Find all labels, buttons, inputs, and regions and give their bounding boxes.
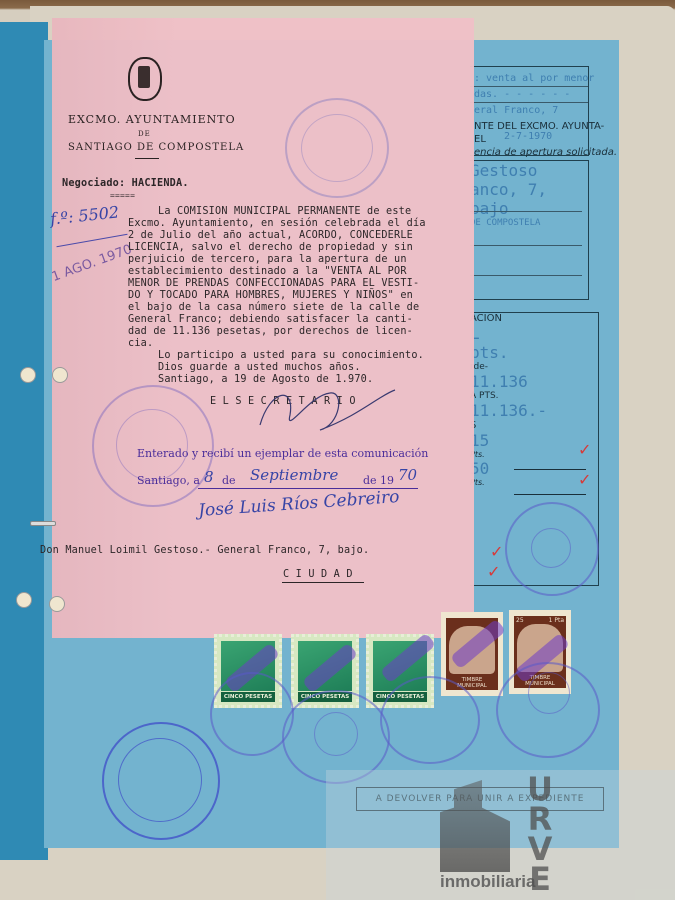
body-line: Excmo. Ayuntamiento, en sesión celebrada… — [128, 218, 426, 230]
closing-line: Lo participo a usted para su conocimient… — [158, 350, 424, 362]
activity-field: : venta al por menor — [474, 73, 594, 84]
session-date: 2-7-1970 — [504, 131, 552, 142]
red-checkmark: ✓ — [490, 542, 503, 561]
closing-line: Dios guarde a usted muchos años. — [158, 362, 361, 374]
secretaria-seal-faint — [285, 98, 389, 198]
form-box-activity: : venta al por menor das. - - - - - - er… — [470, 66, 589, 156]
body-line: dad de 11.136 pesetas, por derechos de l… — [128, 326, 413, 338]
red-checkmark: ✓ — [487, 562, 500, 581]
address-field: eral Franco, 7 — [474, 105, 558, 116]
form-label-date: EL — [474, 134, 486, 145]
negociado-rule: ===== — [110, 190, 135, 202]
receipt-year: 70 — [398, 466, 417, 484]
body-line: perjuicio de tercero, para la apertura d… — [128, 254, 407, 266]
applicant-address: anco, 7, bajo — [470, 180, 588, 218]
watermark-brand: inmobiliaria — [440, 872, 535, 892]
liq-row-pts: pts. — [470, 343, 598, 362]
red-checkmark: ✓ — [578, 470, 591, 489]
receipt-stamp-line1: Enterado y recibí un ejemplar de esta co… — [137, 447, 428, 460]
body-line: el bajo de la casa número siete de la ca… — [128, 302, 419, 314]
binder-hole — [16, 592, 32, 608]
liq-row-l: L — [470, 324, 598, 343]
archive-seal — [102, 722, 220, 840]
secretaria-seal — [92, 385, 214, 507]
coat-of-arms-icon — [128, 57, 162, 101]
body-line: establecimiento destinado a la "VENTA AL… — [128, 266, 407, 278]
addressee: Don Manuel Loimil Gestoso.- General Fran… — [40, 545, 369, 557]
intervencion-seal — [380, 676, 480, 764]
body-line: cia. — [128, 338, 153, 350]
cancel-seal — [210, 672, 294, 756]
applicant-surname: Gestoso — [470, 161, 588, 180]
body-line: MENOR DE PRENDAS CONFECCIONADAS PARA EL … — [128, 278, 419, 290]
intervencion-seal — [496, 662, 600, 758]
secretary-signature — [250, 385, 400, 445]
body-line: 2 de Julio del año actual, ACORDO, CONCE… — [128, 230, 413, 242]
body-line: LICENCIA, salvo el derecho de propiedad … — [128, 242, 413, 254]
folder-edge — [0, 860, 48, 900]
body-line: La COMISION MUNICIPAL PERMANENTE de este — [158, 206, 411, 218]
receipt-de-2: de 19 — [363, 474, 394, 487]
receipt-de-1: de — [222, 474, 236, 487]
negociado: Negociado: HACIENDA. — [62, 178, 189, 190]
binder-hole — [52, 367, 68, 383]
fees-heading: S — [470, 420, 598, 431]
form-label-license: encia de apertura solicitada. — [474, 147, 617, 158]
issuer-line-2: DE — [138, 130, 151, 138]
city-line: C I U D A D — [283, 569, 353, 581]
intervencion-seal — [505, 502, 599, 596]
binder-hole — [20, 367, 36, 383]
total-amount: 11.136.- — [470, 401, 598, 420]
staple — [30, 521, 56, 526]
receipt-day: 8 — [204, 468, 214, 486]
red-checkmark: ✓ — [578, 440, 591, 459]
issuer-line-1: EXCMO. AYUNTAMIENTO — [68, 113, 236, 126]
receipt-month: Septiembre — [250, 466, 338, 484]
liquidation-heading: ACION — [470, 313, 598, 324]
subtotal-amount: 11.136 — [470, 372, 598, 391]
issuer-line-3: SANTIAGO DE COMPOSTELA — [68, 142, 244, 153]
total-label: A PTS. — [470, 391, 598, 401]
activity-field-cont: das. - - - - - - — [474, 89, 570, 100]
blue-folder-cover — [0, 22, 48, 872]
binder-hole — [49, 596, 65, 612]
liq-row-orde: rde- — [470, 362, 598, 372]
applicant-city: DE COMPOSTELA — [470, 218, 588, 228]
body-line: General Franco; debiendo satisfacer la c… — [128, 314, 413, 326]
form-box-applicant: Gestoso anco, 7, bajo DE COMPOSTELA — [470, 160, 589, 300]
body-line: DO Y TOCADO PARA HOMBRES, MUJERES Y NIÑO… — [128, 290, 413, 302]
receipt-stamp-prefix: Santiago, a — [137, 474, 200, 487]
